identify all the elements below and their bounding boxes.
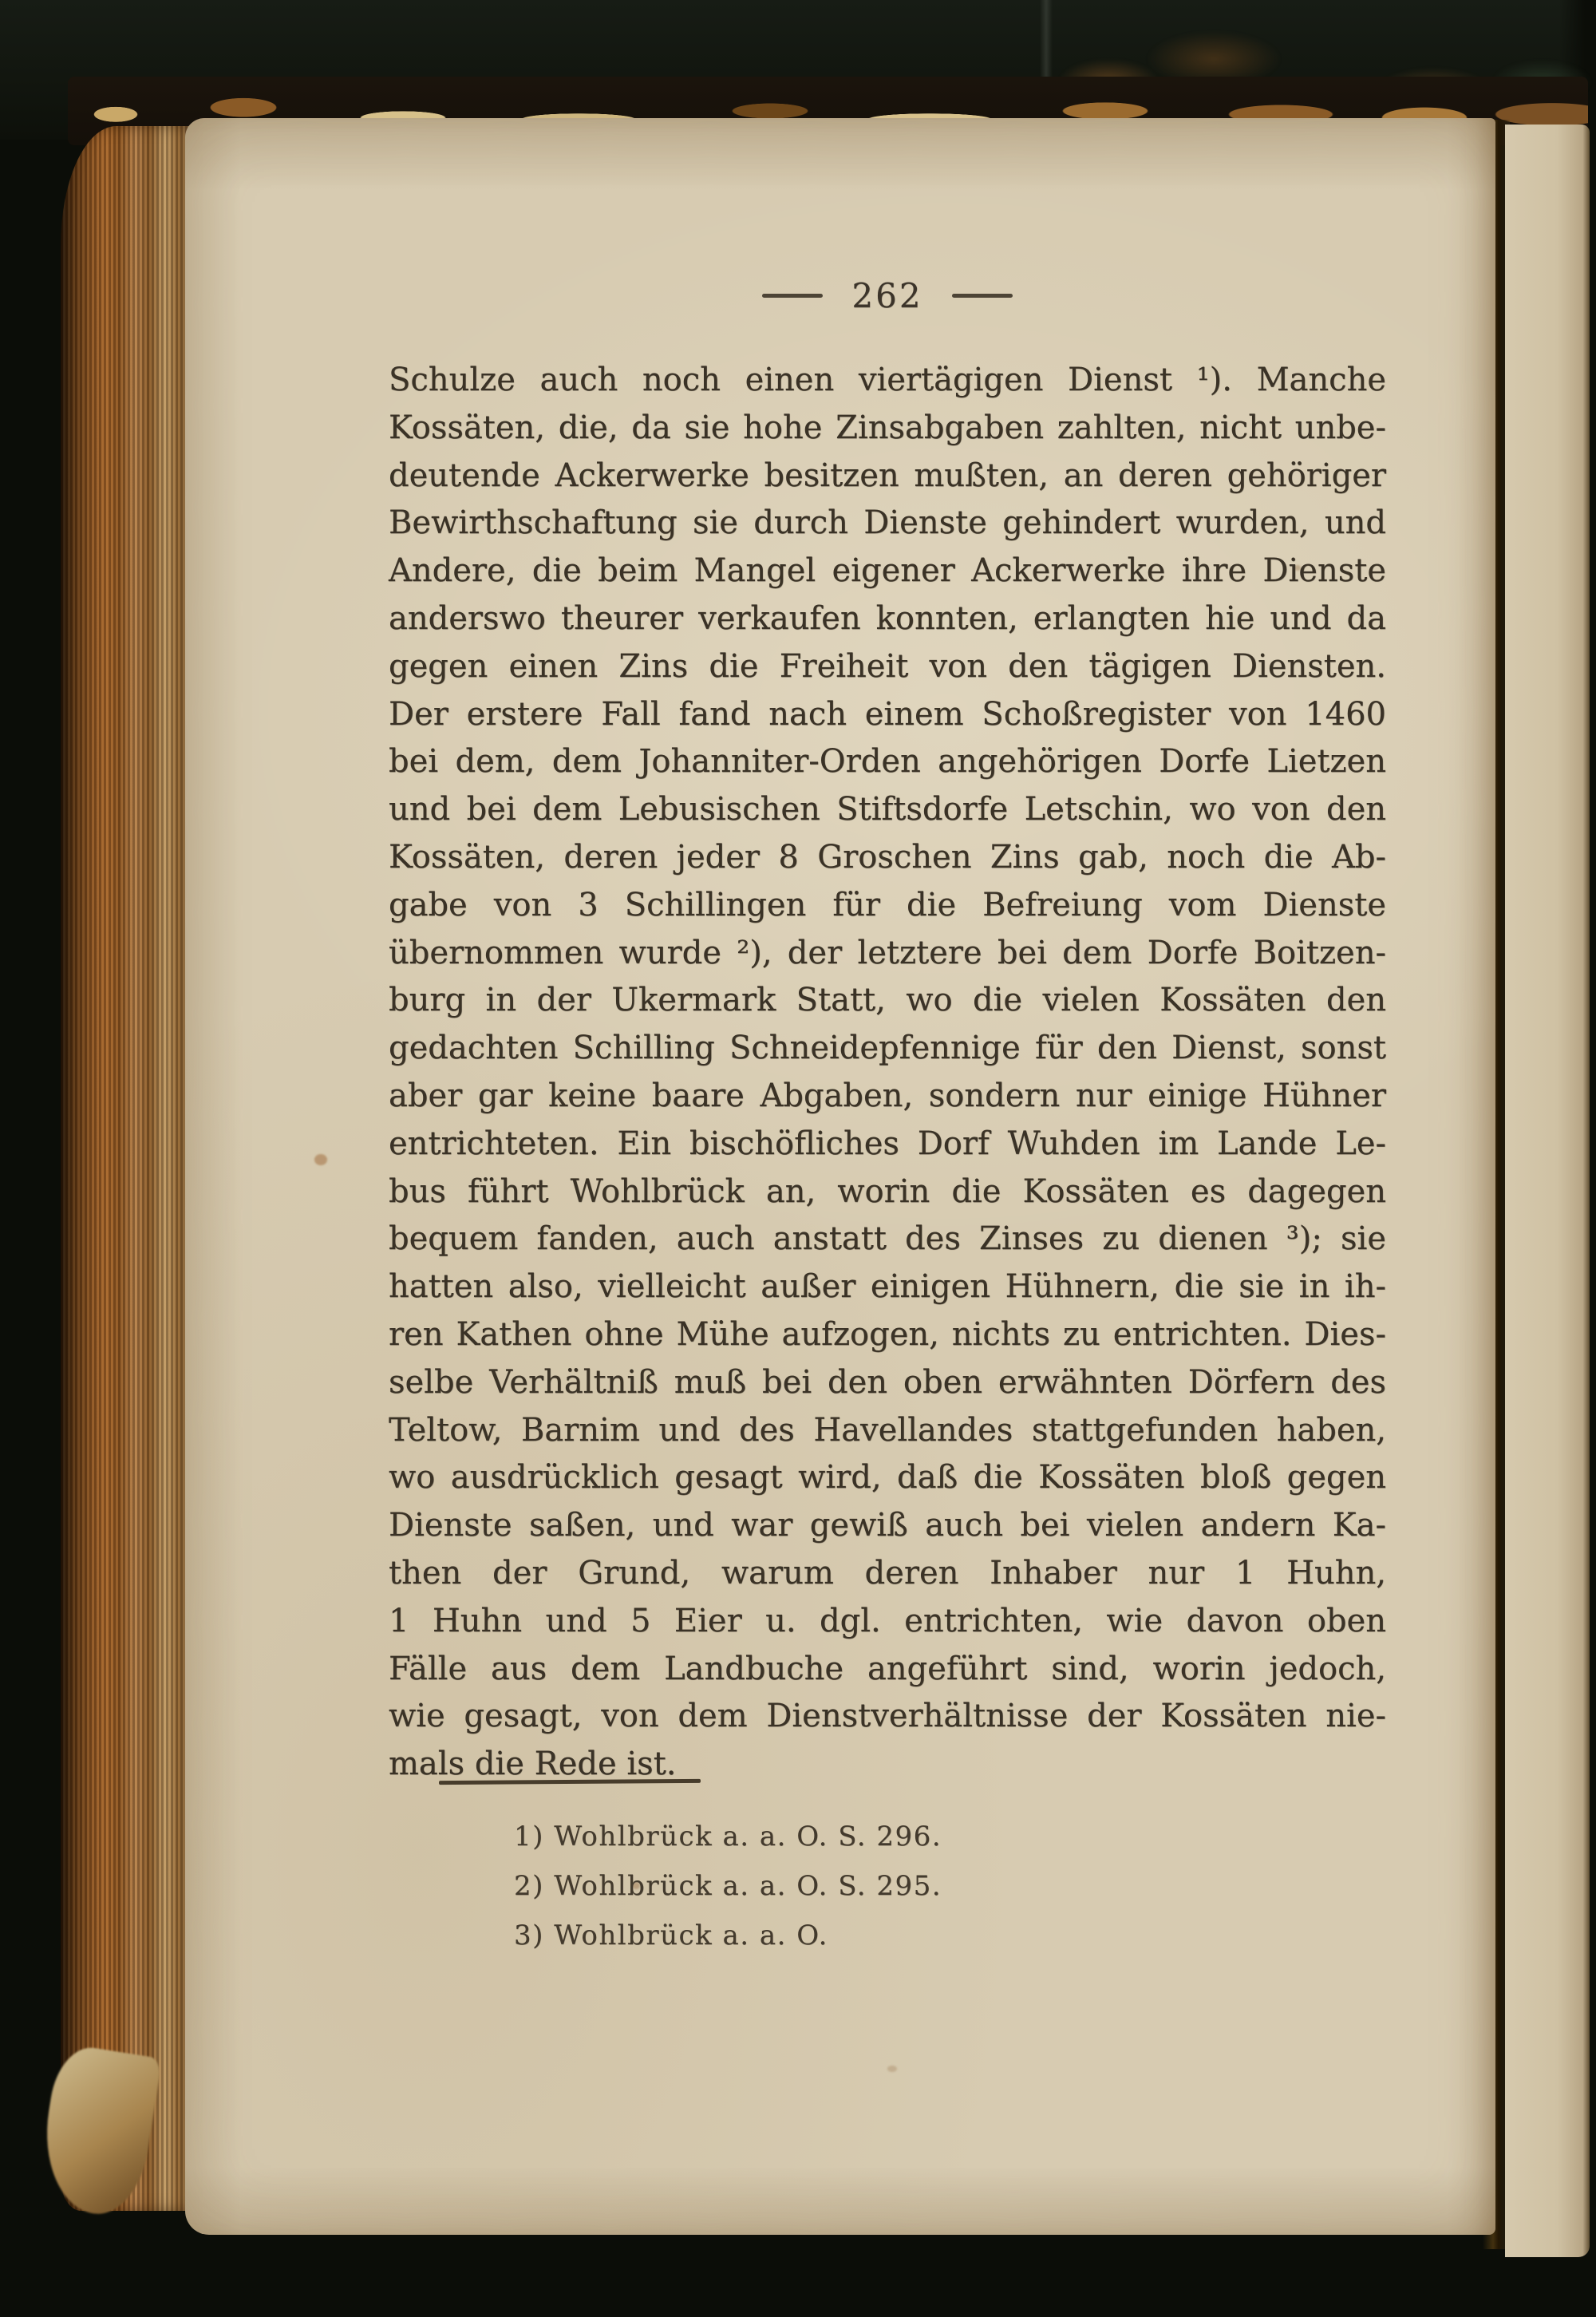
paper-stain — [887, 2066, 897, 2072]
text-line: hatten also, vielleicht außer einigen Hü… — [389, 1263, 1386, 1311]
text-line: und bei dem Lebusischen Stiftsdorfe Lets… — [389, 786, 1386, 834]
footnote-list: 1) Wohlbrück a. a. O. S. 296.2) Wohlbrüc… — [514, 1812, 1312, 1960]
text-line: selbe Verhältniß muß bei den oben erwähn… — [389, 1359, 1386, 1407]
page-fore-edge-left — [61, 126, 195, 2211]
text-line: deutende Ackerwerke besitzen mußten, an … — [389, 453, 1386, 500]
paper-stain — [314, 1154, 327, 1165]
text-line: then der Grund, warum deren Inhaber nur … — [389, 1550, 1386, 1598]
page-body-text: Schulze auch noch einen viertägigen Dien… — [389, 357, 1386, 1789]
footnote-line: 3) Wohlbrück a. a. O. — [514, 1911, 1312, 1960]
text-line: 1 Huhn und 5 Eier u. dgl. entrichten, wi… — [389, 1598, 1386, 1646]
book-page: 262 Schulze auch noch einen viertägigen … — [185, 118, 1495, 2235]
photo-stage: 262 Schulze auch noch einen viertägigen … — [0, 0, 1596, 2317]
adjacent-page-edge — [1505, 125, 1590, 2257]
text-line: Andere, die beim Mangel eigener Ackerwer… — [389, 548, 1386, 595]
text-line: gegen einen Zins die Freiheit von den tä… — [389, 643, 1386, 691]
text-line: wie gesagt, von dem Dienstverhältnisse d… — [389, 1693, 1386, 1741]
text-line: bequem fanden, auch anstatt des Zinses z… — [389, 1216, 1386, 1263]
text-line: bei dem, dem Johanniter-Orden angehörige… — [389, 738, 1386, 786]
text-line: Schulze auch noch einen viertägigen Dien… — [389, 357, 1386, 405]
text-line: Fälle aus dem Landbuche angeführt sind, … — [389, 1646, 1386, 1694]
text-line: Kossäten, deren jeder 8 Groschen Zins ga… — [389, 834, 1386, 882]
text-line: gedachten Schilling Schneidepfennige für… — [389, 1025, 1386, 1073]
text-line: burg in der Ukermark Statt, wo die viele… — [389, 977, 1386, 1025]
page-number: 262 — [851, 276, 922, 315]
text-line: entrichteten. Ein bischöfliches Dorf Wuh… — [389, 1121, 1386, 1168]
header-rule-left-icon — [762, 294, 823, 298]
text-line: ren Kathen ohne Mühe aufzogen, nichts zu… — [389, 1311, 1386, 1359]
text-line: Bewirthschaftung sie durch Dienste gehin… — [389, 500, 1386, 548]
page-header: 262 — [389, 275, 1386, 316]
footnote-line: 2) Wohlbrück a. a. O. S. 295. — [514, 1861, 1312, 1911]
text-line: Teltow, Barnim und des Havellandes statt… — [389, 1407, 1386, 1455]
text-line: anderswo theurer verkaufen konnten, erla… — [389, 595, 1386, 643]
text-line: aber gar keine baare Abgaben, sondern nu… — [389, 1073, 1386, 1121]
text-line: Kossäten, die, da sie hohe Zinsabgaben z… — [389, 405, 1386, 453]
text-line: wo ausdrücklich gesagt wird, daß die Kos… — [389, 1454, 1386, 1502]
text-line: Dienste saßen, und war gewiß auch bei vi… — [389, 1502, 1386, 1550]
footnote-line: 1) Wohlbrück a. a. O. S. 296. — [514, 1812, 1312, 1861]
text-line: Der erstere Fall fand nach einem Schoßre… — [389, 691, 1386, 739]
text-line: bus führt Wohlbrück an, worin die Kossät… — [389, 1168, 1386, 1216]
text-line: gabe von 3 Schillingen für die Befreiung… — [389, 882, 1386, 930]
header-rule-right-icon — [952, 294, 1013, 298]
text-line: übernommen wurde ²), der letztere bei de… — [389, 930, 1386, 978]
